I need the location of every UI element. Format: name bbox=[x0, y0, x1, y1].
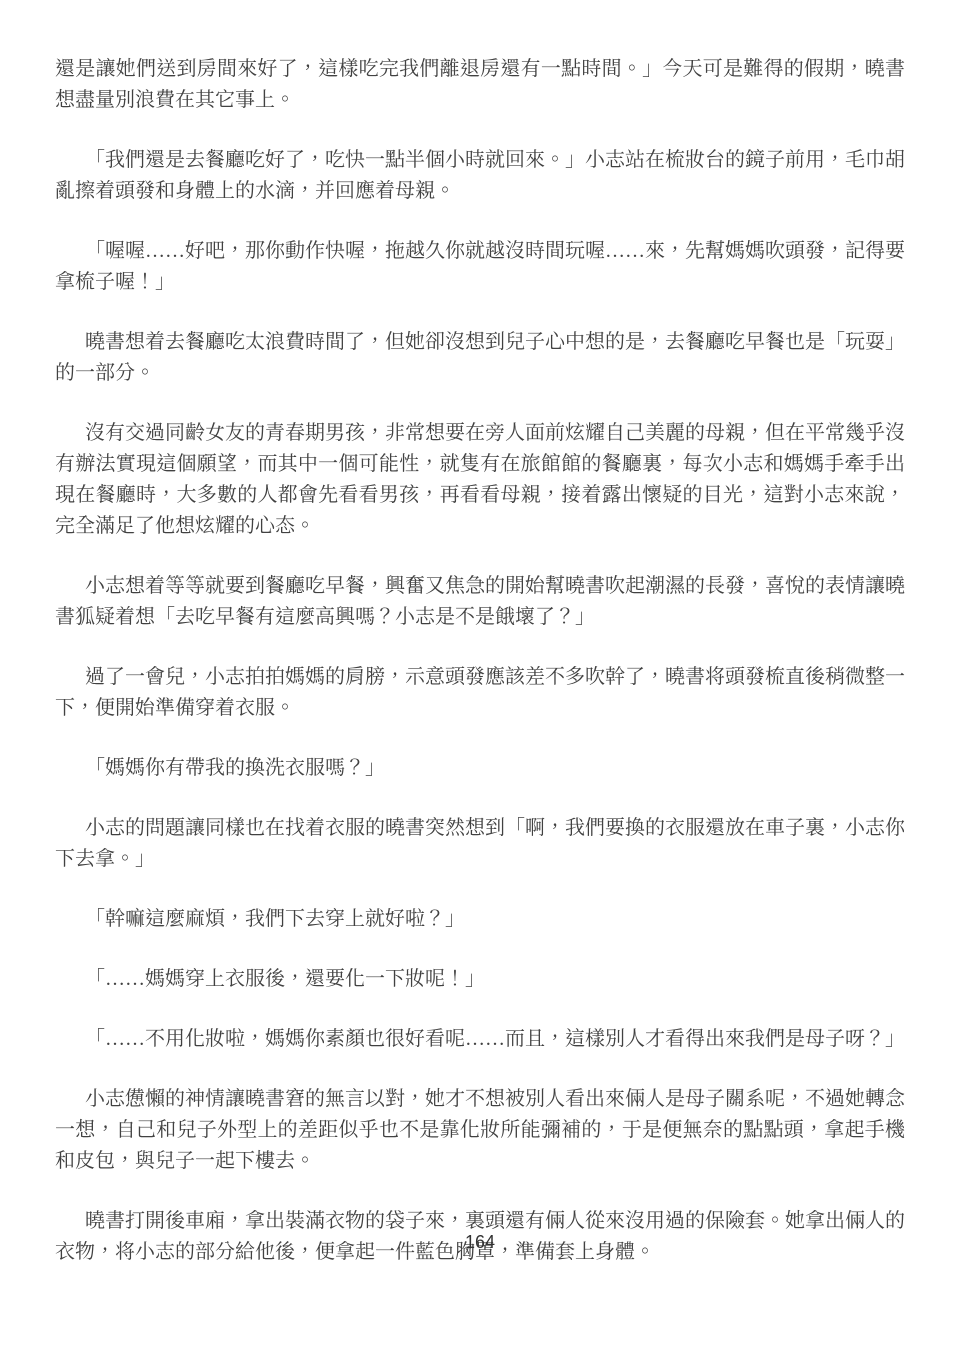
paragraph: 還是讓她們送到房間來好了，這樣吃完我們離退房還有一點時間。」今天可是難得的假期，… bbox=[55, 54, 905, 116]
paragraph: 小志想着等等就要到餐廳吃早餐，興奮又焦急的開始幫曉書吹起潮濕的長發，喜悅的表情讓… bbox=[55, 571, 905, 633]
paragraph: 「……媽媽穿上衣服後，還要化一下妝呢！」 bbox=[55, 964, 905, 995]
page-number: 164 bbox=[0, 1232, 960, 1253]
paragraph: 小志的問題讓同樣也在找着衣服的曉書突然想到「啊，我們要換的衣服還放在車子裏，小志… bbox=[55, 813, 905, 875]
paragraph: 「喔喔……好吧，那你動作快喔，拖越久你就越沒時間玩喔……來，先幫媽媽吹頭發，記得… bbox=[55, 236, 905, 298]
paragraph: 過了一會兒，小志拍拍媽媽的肩膀，示意頭發應該差不多吹幹了，曉書将頭發梳直後稍微整… bbox=[55, 662, 905, 724]
paragraph: 「我們還是去餐廳吃好了，吃快一點半個小時就回來。」小志站在梳妝台的鏡子前用，毛巾… bbox=[55, 145, 905, 207]
paragraph: 「媽媽你有帶我的換洗衣服嗎？」 bbox=[55, 753, 905, 784]
paragraph: 「……不用化妝啦，媽媽你素顏也很好看呢……而且，這樣別人才看得出來我們是母子呀？… bbox=[55, 1024, 905, 1055]
document-page: 還是讓她們送到房間來好了，這樣吃完我們離退房還有一點時間。」今天可是難得的假期，… bbox=[0, 0, 960, 1357]
paragraph: 沒有交過同齡女友的青春期男孩，非常想要在旁人面前炫耀自己美麗的母親，但在平常幾乎… bbox=[55, 418, 905, 542]
paragraph: 「幹嘛這麼麻煩，我們下去穿上就好啦？」 bbox=[55, 904, 905, 935]
paragraph: 曉書想着去餐廳吃太浪費時間了，但她卻沒想到兒子心中想的是，去餐廳吃早餐也是「玩耍… bbox=[55, 327, 905, 389]
paragraph: 小志憊懶的神情讓曉書窘的無言以對，她才不想被別人看出來倆人是母子關系呢，不過她轉… bbox=[55, 1084, 905, 1177]
